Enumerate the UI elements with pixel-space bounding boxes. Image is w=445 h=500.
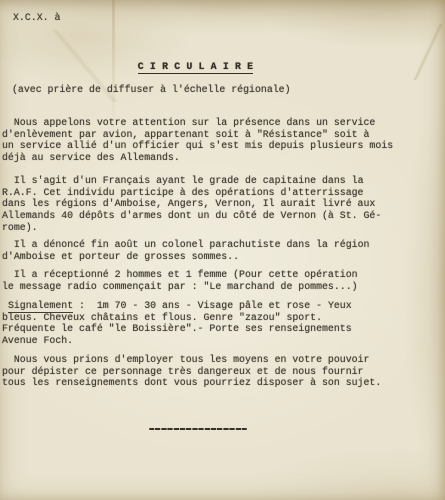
- paragraph-description: Il s'agit d'un Français ayant le grade d…: [2, 175, 443, 233]
- paragraph-intro: Nous appelons votre attention sur la pré…: [2, 117, 443, 164]
- document-page: X.C.X. à C I R C U L A I R E (avec prièr…: [0, 0, 445, 500]
- paragraph-signalement: Signalement : 1m 70 - 30 ans - Visage pâ…: [2, 300, 443, 347]
- document-title: C I R C U L A I R E: [138, 61, 253, 74]
- end-separator-line: [149, 428, 247, 430]
- title-row: C I R C U L A I R E: [0, 61, 418, 73]
- paragraph-reception: Il a réceptionné 2 hommes et 1 femme (Po…: [2, 269, 443, 292]
- paragraph-denonciation: Il a dénoncé fin août un colonel parachu…: [2, 239, 443, 262]
- paragraph-closing: Nous vous prions d'employer tous les moy…: [2, 354, 443, 389]
- signalement-label: Signalement: [8, 300, 73, 313]
- addressee-line: X.C.X. à: [13, 12, 443, 24]
- document-subtitle: (avec prière de diffuser à l'échelle rég…: [12, 84, 443, 96]
